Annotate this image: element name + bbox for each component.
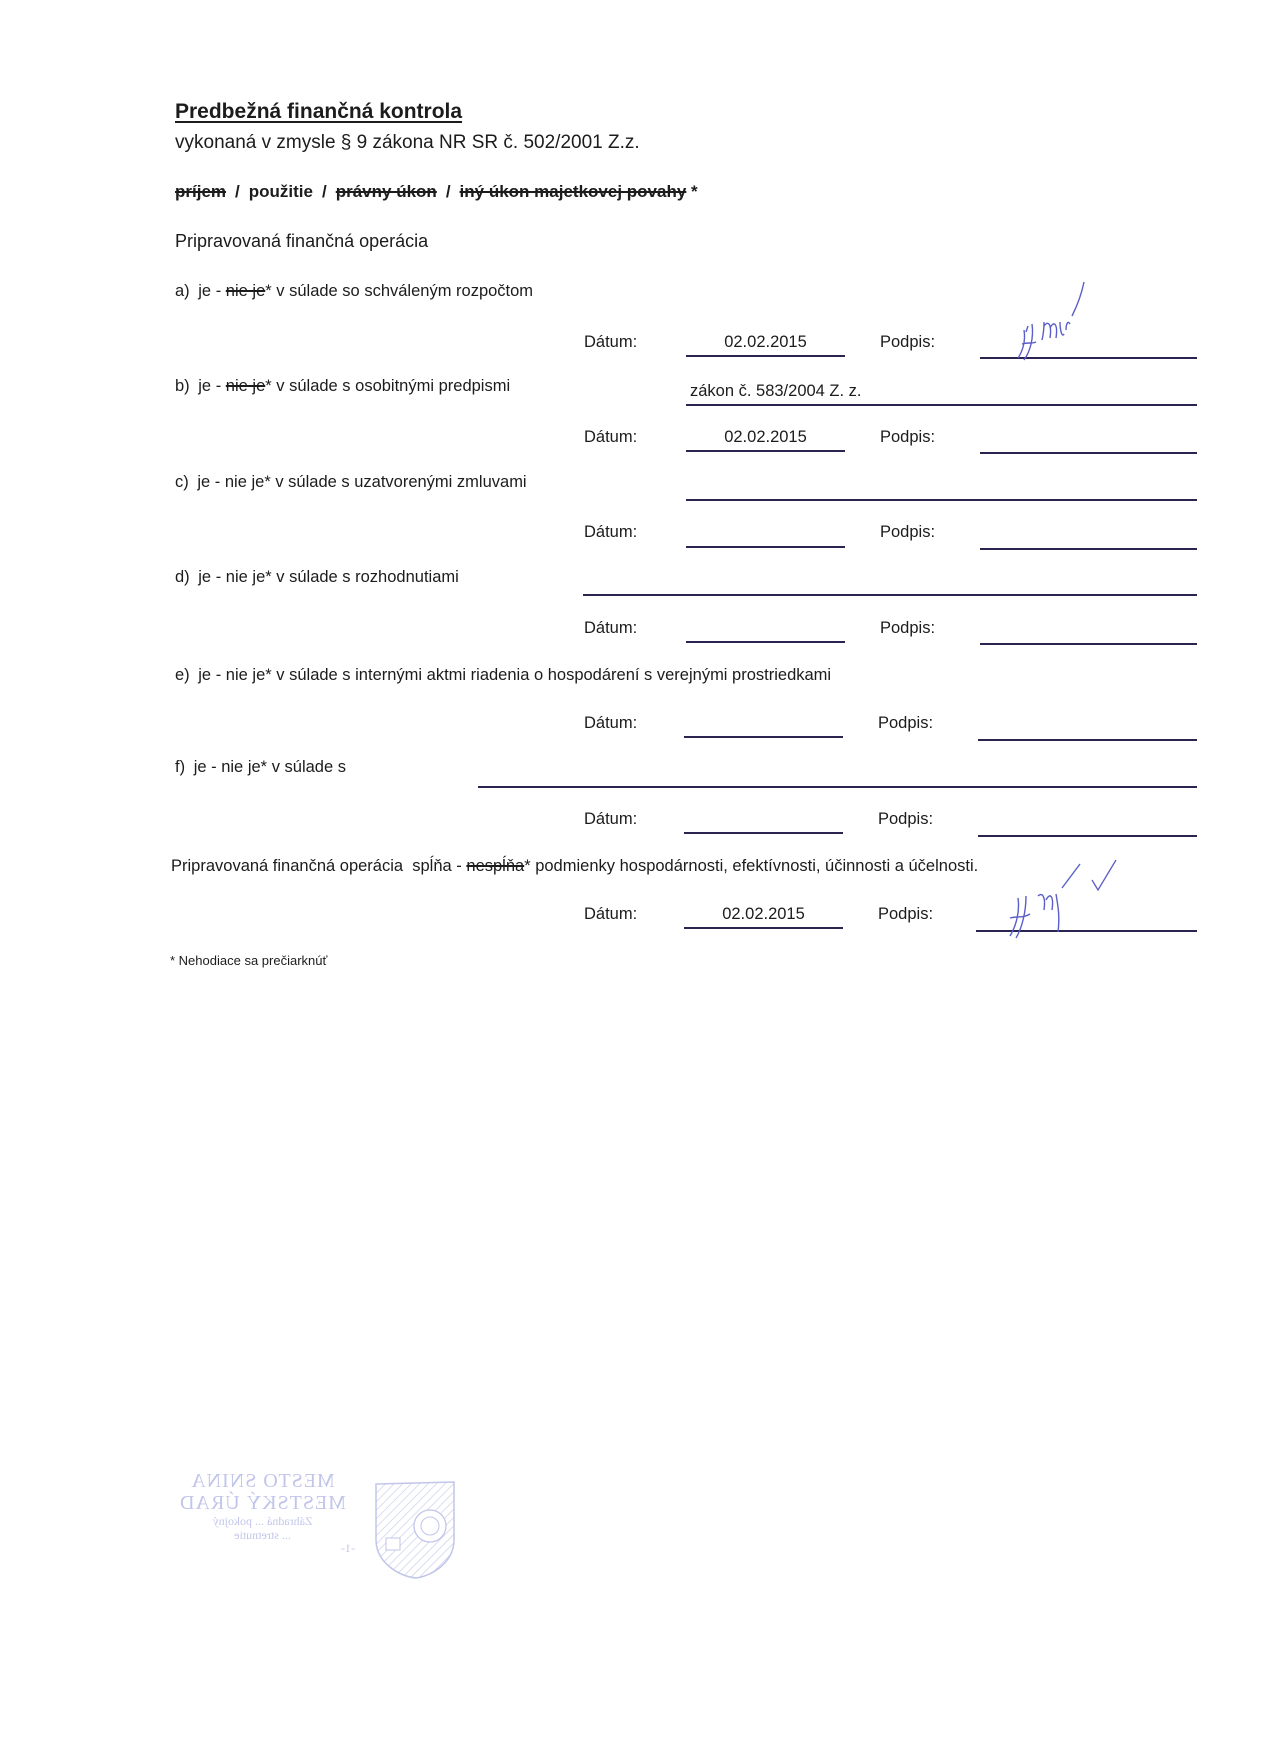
- detail-line-f[interactable]: [478, 786, 1197, 788]
- date-value-a: 02.02.2015: [686, 333, 845, 352]
- item-f: f) je - nie je* v súlade s: [175, 758, 346, 777]
- date-value-b: 02.02.2015: [686, 428, 845, 447]
- no-option: nie je: [225, 473, 264, 491]
- date-label: Dátum:: [584, 810, 637, 829]
- date-label: Dátum:: [584, 905, 637, 924]
- yes-option: je: [194, 758, 207, 776]
- summary-statement: Pripravovaná finančná operácia spĺňa - n…: [171, 857, 978, 876]
- signature-label: Podpis:: [880, 333, 935, 352]
- separator: /: [313, 182, 336, 201]
- checkmark-icon: [1090, 858, 1120, 898]
- stamp-line: ... stretnutie: [160, 1528, 365, 1542]
- yes-option: je: [198, 377, 211, 395]
- asterisk: *: [261, 758, 267, 776]
- asterisk: *: [264, 473, 270, 491]
- no-option: nie je: [226, 282, 265, 300]
- item-prefix: c): [175, 473, 193, 491]
- signature-label: Podpis:: [878, 714, 933, 733]
- signature-a: [1010, 282, 1100, 362]
- no-option: nie je: [226, 666, 265, 684]
- item-c: c) je - nie je* v súlade s uzatvorenými …: [175, 473, 527, 492]
- no-option: nie je: [226, 377, 265, 395]
- stamp-line: MESTSKÝ ÚRAD: [160, 1492, 365, 1514]
- item-text: v súlade s rozhodnutiami: [276, 568, 459, 586]
- operation-type-use: použitie: [249, 182, 313, 201]
- item-text: v súlade s internými aktmi riadenia o ho…: [276, 666, 831, 684]
- detail-line-d[interactable]: [583, 594, 1197, 596]
- date-label: Dátum:: [584, 333, 637, 352]
- date-value-summary: 02.02.2015: [684, 905, 843, 924]
- date-line-e[interactable]: [684, 736, 843, 738]
- detail-line-c[interactable]: [686, 499, 1197, 501]
- no-option: nie je: [221, 758, 260, 776]
- date-label: Dátum:: [584, 714, 637, 733]
- signature-label: Podpis:: [880, 428, 935, 447]
- asterisk: *: [265, 282, 271, 300]
- asterisk: *: [265, 666, 271, 684]
- signature-label: Podpis:: [880, 619, 935, 638]
- stamp-line: -1-: [160, 1542, 365, 1554]
- asterisk: *: [691, 182, 698, 201]
- separator: /: [437, 182, 460, 201]
- document-title: Predbežná finančná kontrola: [175, 100, 462, 124]
- section-heading: Pripravovaná finančná operácia: [175, 231, 428, 252]
- item-prefix: d): [175, 568, 194, 586]
- yes-option: je: [198, 568, 211, 586]
- signature-line-f[interactable]: [978, 835, 1197, 837]
- operation-type-income: príjem: [175, 182, 226, 201]
- date-line-b[interactable]: [686, 450, 845, 452]
- date-label: Dátum:: [584, 428, 637, 447]
- official-stamp: MESTO SNINA MESTSKÝ ÚRAD Záhradná ... po…: [160, 1470, 460, 1585]
- signature-label: Podpis:: [878, 810, 933, 829]
- date-label: Dátum:: [584, 523, 637, 542]
- signature-line-d[interactable]: [980, 643, 1197, 645]
- dash: -: [216, 666, 222, 684]
- item-a: a) je - nie je* v súlade so schváleným r…: [175, 282, 533, 301]
- item-prefix: f): [175, 758, 189, 776]
- asterisk: *: [265, 568, 271, 586]
- summary-tail: * podmienky hospodárnosti, efektívnosti,…: [524, 857, 978, 875]
- stamp-text: MESTO SNINA MESTSKÝ ÚRAD Záhradná ... po…: [160, 1470, 365, 1554]
- meets-option: spĺňa: [412, 857, 451, 875]
- dash: -: [211, 758, 217, 776]
- separator: /: [226, 182, 249, 201]
- detail-value-b: zákon č. 583/2004 Z. z.: [690, 382, 862, 401]
- signature-label: Podpis:: [880, 523, 935, 542]
- item-text: v súlade s uzatvorenými zmluvami: [275, 473, 526, 491]
- item-text: v súlade s osobitnými predpismi: [276, 377, 510, 395]
- date-line-c[interactable]: [686, 546, 845, 548]
- item-prefix: a): [175, 282, 194, 300]
- date-line-a[interactable]: [686, 355, 845, 357]
- dash: -: [216, 282, 222, 300]
- item-text: v súlade so schváleným rozpočtom: [276, 282, 533, 300]
- stamp-line: MESTO SNINA: [160, 1470, 365, 1492]
- signature-line-e[interactable]: [978, 739, 1197, 741]
- stamp-line: Záhradná ... pokojný: [160, 1514, 365, 1528]
- signature-label: Podpis:: [878, 905, 933, 924]
- item-d: d) je - nie je* v súlade s rozhodnutiami: [175, 568, 459, 587]
- coat-of-arms-icon: [372, 1480, 458, 1580]
- document-subtitle: vykonaná v zmysle § 9 zákona NR SR č. 50…: [175, 132, 640, 154]
- signature-line-c[interactable]: [980, 548, 1197, 550]
- no-option: nie je: [226, 568, 265, 586]
- item-b: b) je - nie je* v súlade s osobitnými pr…: [175, 377, 510, 396]
- date-line-d[interactable]: [686, 641, 845, 643]
- yes-option: je: [198, 666, 211, 684]
- date-line-summary[interactable]: [684, 927, 843, 929]
- summary-lead: Pripravovaná finančná operácia: [171, 857, 403, 875]
- dash: -: [456, 857, 462, 875]
- footnote: * Nehodiace sa prečiarknúť: [170, 953, 327, 968]
- dash: -: [216, 568, 222, 586]
- date-label: Dátum:: [584, 619, 637, 638]
- operation-type-legal-act: právny úkon: [336, 182, 437, 201]
- detail-line-b[interactable]: [686, 404, 1197, 406]
- item-text: v súlade s: [272, 758, 346, 776]
- signature-line-b[interactable]: [980, 452, 1197, 454]
- yes-option: je: [197, 473, 210, 491]
- asterisk: *: [265, 377, 271, 395]
- operation-type-line: príjem/použitie/právny úkon/iný úkon maj…: [175, 182, 698, 202]
- item-e: e) je - nie je* v súlade s internými akt…: [175, 666, 831, 685]
- item-prefix: b): [175, 377, 194, 395]
- item-prefix: e): [175, 666, 194, 684]
- date-line-f[interactable]: [684, 832, 843, 834]
- dash: -: [216, 377, 222, 395]
- yes-option: je: [198, 282, 211, 300]
- dash: -: [215, 473, 221, 491]
- operation-type-property-act: iný úkon majetkovej povahy: [460, 182, 687, 201]
- not-meets-option: nespĺňa: [466, 857, 524, 875]
